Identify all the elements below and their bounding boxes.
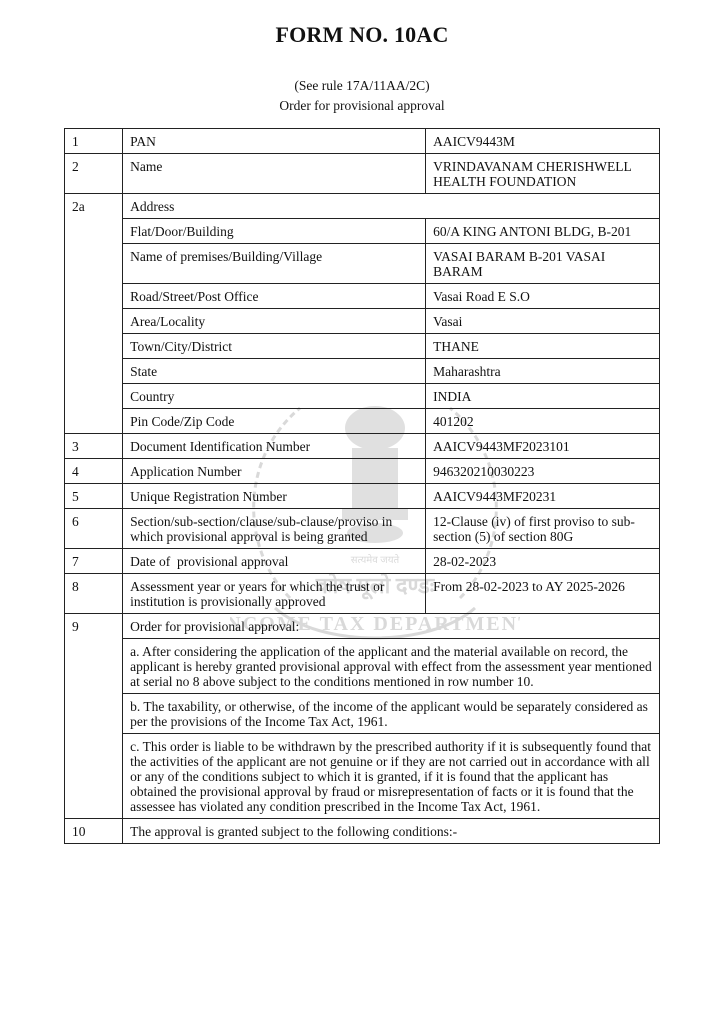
pan-value: AAICV9443M <box>426 129 660 154</box>
row-number: 10 <box>65 819 123 844</box>
row-number: 4 <box>65 459 123 484</box>
flat-label: Flat/Door/Building <box>123 219 426 244</box>
address-field-town: Town/City/District THANE <box>65 334 660 359</box>
form-rule-reference: (See rule 17A/11AA/2C) <box>0 78 724 94</box>
urn-label: Unique Registration Number <box>123 484 426 509</box>
address-label: Address <box>123 194 660 219</box>
town-value: THANE <box>426 334 660 359</box>
order-label: Order for provisional approval: <box>123 614 660 639</box>
road-label: Road/Street/Post Office <box>123 284 426 309</box>
row-number: 5 <box>65 484 123 509</box>
section-value: 12-Clause (iv) of first proviso to sub-s… <box>426 509 660 549</box>
assessment-year-value: From 28-02-2023 to AY 2025-2026 <box>426 574 660 614</box>
name-label: Name <box>123 154 426 194</box>
pincode-label: Pin Code/Zip Code <box>123 409 426 434</box>
address-field-country: Country INDIA <box>65 384 660 409</box>
premises-label: Name of premises/Building/Village <box>123 244 426 284</box>
state-value: Maharashtra <box>426 359 660 384</box>
flat-value: 60/A KING ANTONI BLDG, B-201 <box>426 219 660 244</box>
approval-date-value: 28-02-2023 <box>426 549 660 574</box>
row-number: 2a <box>65 194 123 434</box>
row-number: 1 <box>65 129 123 154</box>
application-number-label: Application Number <box>123 459 426 484</box>
din-label: Document Identification Number <box>123 434 426 459</box>
order-paragraph-b-text: b. The taxability, or otherwise, of the … <box>123 694 660 734</box>
address-field-pincode: Pin Code/Zip Code 401202 <box>65 409 660 434</box>
row-number: 2 <box>65 154 123 194</box>
pincode-value: 401202 <box>426 409 660 434</box>
address-field-area: Area/Locality Vasai <box>65 309 660 334</box>
table-row-address: 2a Address <box>65 194 660 219</box>
row-number: 9 <box>65 614 123 819</box>
order-paragraph-a: a. After considering the application of … <box>65 639 660 694</box>
pan-label: PAN <box>123 129 426 154</box>
table-row-approval-date: 7 Date of provisional approval 28-02-202… <box>65 549 660 574</box>
table-row-conditions: 10 The approval is granted subject to th… <box>65 819 660 844</box>
area-label: Area/Locality <box>123 309 426 334</box>
address-field-road: Road/Street/Post Office Vasai Road E S.O <box>65 284 660 309</box>
road-value: Vasai Road E S.O <box>426 284 660 309</box>
name-value: VRINDAVANAM CHERISHWELL HEALTH FOUNDATIO… <box>426 154 660 194</box>
form-subtitle: Order for provisional approval <box>0 98 724 114</box>
table-row-application-number: 4 Application Number 946320210030223 <box>65 459 660 484</box>
table-row-urn: 5 Unique Registration Number AAICV9443MF… <box>65 484 660 509</box>
table-row-name: 2 Name VRINDAVANAM CHERISHWELL HEALTH FO… <box>65 154 660 194</box>
state-label: State <box>123 359 426 384</box>
order-paragraph-a-text: a. After considering the application of … <box>123 639 660 694</box>
row-number: 3 <box>65 434 123 459</box>
conditions-label: The approval is granted subject to the f… <box>123 819 660 844</box>
urn-value: AAICV9443MF20231 <box>426 484 660 509</box>
application-number-value: 946320210030223 <box>426 459 660 484</box>
country-value: INDIA <box>426 384 660 409</box>
form-title: FORM NO. 10AC <box>0 22 724 48</box>
town-label: Town/City/District <box>123 334 426 359</box>
table-row-assessment-year: 8 Assessment year or years for which the… <box>65 574 660 614</box>
country-label: Country <box>123 384 426 409</box>
provisional-approval-table: 1 PAN AAICV9443M 2 Name VRINDAVANAM CHER… <box>64 128 660 844</box>
area-value: Vasai <box>426 309 660 334</box>
address-field-premises: Name of premises/Building/Village VASAI … <box>65 244 660 284</box>
row-number: 7 <box>65 549 123 574</box>
table-row-order: 9 Order for provisional approval: <box>65 614 660 639</box>
order-paragraph-b: b. The taxability, or otherwise, of the … <box>65 694 660 734</box>
address-field-state: State Maharashtra <box>65 359 660 384</box>
table-row-pan: 1 PAN AAICV9443M <box>65 129 660 154</box>
assessment-year-label: Assessment year or years for which the t… <box>123 574 426 614</box>
table-row-section: 6 Section/sub-section/clause/sub-clause/… <box>65 509 660 549</box>
address-field-flat: Flat/Door/Building 60/A KING ANTONI BLDG… <box>65 219 660 244</box>
order-paragraph-c: c. This order is liable to be withdrawn … <box>65 734 660 819</box>
table-row-din: 3 Document Identification Number AAICV94… <box>65 434 660 459</box>
order-paragraph-c-text: c. This order is liable to be withdrawn … <box>123 734 660 819</box>
approval-date-label: Date of provisional approval <box>123 549 426 574</box>
section-label: Section/sub-section/clause/sub-clause/pr… <box>123 509 426 549</box>
row-number: 8 <box>65 574 123 614</box>
premises-value: VASAI BARAM B-201 VASAI BARAM <box>426 244 660 284</box>
row-number: 6 <box>65 509 123 549</box>
din-value: AAICV9443MF2023101 <box>426 434 660 459</box>
